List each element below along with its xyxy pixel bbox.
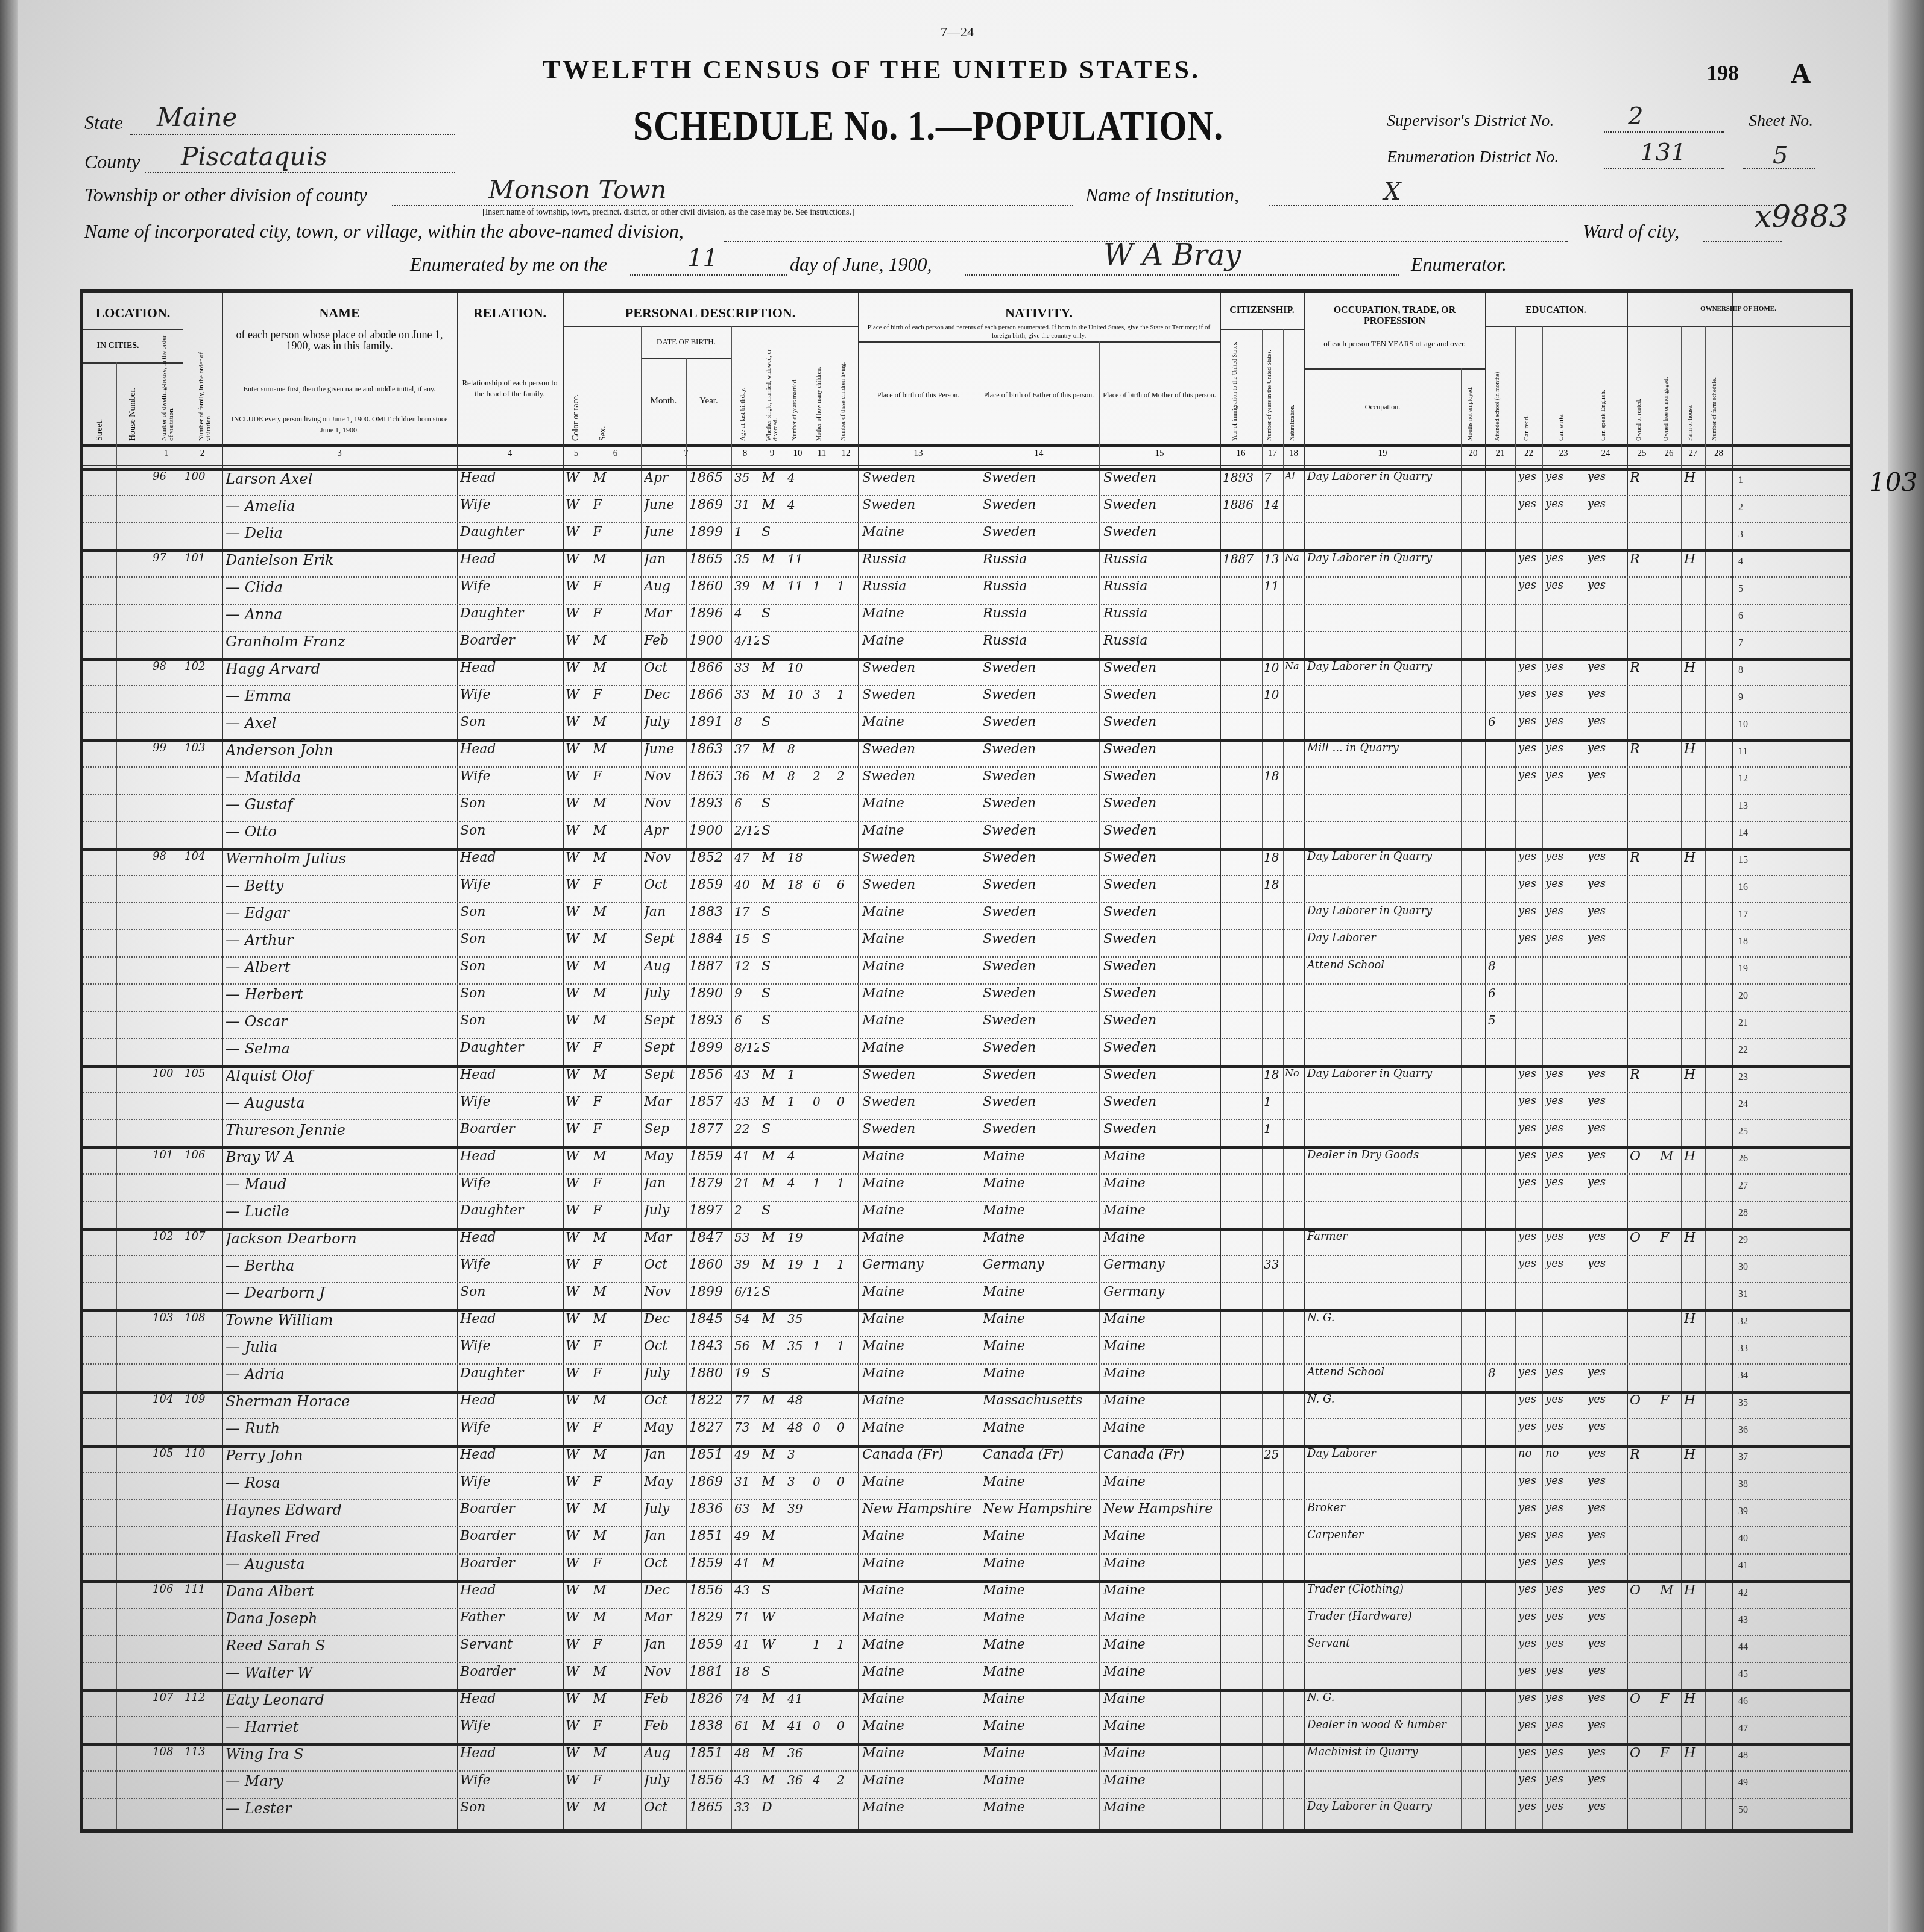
cell-age: 63	[734, 1501, 759, 1516]
cell-fh: H	[1684, 850, 1703, 865]
cell-sex: F	[593, 1556, 638, 1571]
cell-rel: Wife	[460, 579, 560, 594]
cell-pob: Maine	[862, 823, 977, 838]
cell-age: 40	[734, 877, 759, 892]
line-number: 10	[1738, 719, 1748, 730]
cell-year: 1899	[689, 1284, 731, 1299]
cell-ym: 4	[787, 470, 809, 485]
cell-write: yes	[1545, 1664, 1582, 1677]
cell-race: W	[566, 1230, 587, 1245]
cell-race: W	[566, 904, 587, 920]
group-ownership: OWNERSHIP OF HOME.	[1627, 305, 1850, 312]
township-value: Monson Town	[488, 175, 667, 204]
line-number: 7	[1738, 638, 1743, 649]
incorporated-label: Name of incorporated city, town, or vill…	[84, 220, 684, 242]
cell-pob: Maine	[862, 1203, 977, 1218]
cell-read: yes	[1518, 552, 1541, 564]
cell-age: 8	[734, 715, 759, 729]
cell-race: W	[566, 1474, 587, 1489]
table-row: — EmmaWifeWFDec186633M1031SwedenSwedenSw…	[83, 685, 1850, 712]
cell-race: W	[566, 1691, 587, 1706]
table-row: — BerthaWifeWFOct186039M1911GermanyGerma…	[83, 1255, 1850, 1281]
line-number: 26	[1738, 1154, 1748, 1164]
cell-pob: Maine	[862, 1013, 977, 1028]
group-occupation: OCCUPATION, TRADE, OR PROFESSION	[1304, 305, 1485, 327]
cell-read: yes	[1518, 1176, 1541, 1189]
cell-month: Mar	[644, 1094, 686, 1110]
cell-name: — Mary	[226, 1773, 455, 1790]
township-label: Township or other division of county	[84, 184, 367, 206]
cell-sex: M	[593, 1529, 638, 1544]
cell-fam: 107	[185, 1230, 221, 1243]
cell-mch: 0	[813, 1719, 833, 1733]
line-number: 34	[1738, 1371, 1748, 1381]
cell-age: 36	[734, 769, 759, 783]
cell-fh: H	[1684, 1583, 1703, 1598]
cell-age: 6/12	[734, 1284, 759, 1299]
cell-name: — Axel	[226, 715, 455, 731]
cell-eng: yes	[1588, 1664, 1624, 1677]
cell-mch: 6	[813, 877, 833, 892]
cell-rel: Son	[460, 1013, 560, 1028]
cell-year: 1891	[689, 715, 731, 730]
cell-occ: Day Laborer in Quarry	[1307, 1067, 1458, 1080]
cell-mob: Russia	[1103, 606, 1218, 621]
cell-mob: Maine	[1103, 1312, 1218, 1327]
cell-own: R	[1630, 1447, 1654, 1462]
cell-rel: Head	[460, 660, 560, 675]
cell-fob: Germany	[983, 1257, 1097, 1272]
cell-year: 1860	[689, 1257, 731, 1272]
line-number: 29	[1738, 1235, 1748, 1246]
cell-name: — Herbert	[226, 986, 455, 1003]
line-number: 28	[1738, 1208, 1748, 1219]
cell-mar: S	[762, 959, 786, 974]
cell-own: O	[1630, 1230, 1654, 1245]
cell-rel: Head	[460, 1149, 560, 1164]
cell-eng: yes	[1588, 1773, 1624, 1785]
cell-mch: 4	[813, 1773, 833, 1787]
cell-nat: No	[1285, 1067, 1303, 1079]
cell-mob: Sweden	[1103, 1094, 1218, 1110]
cell-mob: Canada (Fr)	[1103, 1447, 1218, 1462]
cell-dw: 97	[153, 552, 183, 564]
cell-read: yes	[1518, 1393, 1541, 1406]
cell-eng: yes	[1588, 470, 1624, 483]
col-children-living: Number of these children living.	[840, 335, 847, 441]
cell-name: — Maud	[226, 1176, 455, 1193]
cell-fob: Sweden	[983, 1067, 1097, 1082]
cell-race: W	[566, 877, 587, 892]
cell-fob: Sweden	[983, 687, 1097, 702]
cell-age: 9	[734, 986, 759, 1000]
cell-year: 1857	[689, 1094, 731, 1110]
table-row: — ClidaWifeWFAug186039M1111RussiaRussiaR…	[83, 576, 1850, 603]
cell-eng: yes	[1588, 1257, 1624, 1270]
cell-fob: Sweden	[983, 1122, 1097, 1137]
group-education: EDUCATION.	[1485, 305, 1627, 316]
line-number: 43	[1738, 1615, 1748, 1626]
cell-pob: New Hampshire	[862, 1501, 977, 1517]
cell-write: yes	[1545, 1257, 1582, 1270]
cell-year: 1866	[689, 687, 731, 702]
cell-ym: 48	[787, 1420, 809, 1435]
cell-mob: Maine	[1103, 1746, 1218, 1761]
table-row: — LesterSonWMOct186533DMaineMaineMaineDa…	[83, 1798, 1850, 1824]
cell-rel: Head	[460, 1393, 560, 1408]
cell-name: — Rosa	[226, 1474, 455, 1491]
cell-name: — Anna	[226, 606, 455, 623]
cell-read: yes	[1518, 932, 1541, 944]
table-row: — ArthurSonWMSept188415SMaineSwedenSwede…	[83, 929, 1850, 956]
cell-write: yes	[1545, 579, 1582, 592]
cell-fob: Sweden	[983, 769, 1097, 784]
cell-mob: Sweden	[1103, 850, 1218, 865]
cell-ym: 3	[787, 1447, 809, 1462]
cell-pob: Maine	[862, 606, 977, 621]
supervisor-value: 2	[1628, 103, 1643, 130]
cell-age: 22	[734, 1122, 759, 1136]
cell-year: 1856	[689, 1067, 731, 1082]
line-number: 30	[1738, 1262, 1748, 1273]
cell-fh: H	[1684, 1149, 1703, 1164]
cell-fh: H	[1684, 660, 1703, 675]
cell-occ: Day Laborer in Quarry	[1307, 1800, 1458, 1813]
cell-name: Sherman Horace	[226, 1393, 455, 1410]
cell-name: — Albert	[226, 959, 455, 976]
cell-month: May	[644, 1149, 686, 1164]
col-naturalization: Naturalization.	[1289, 347, 1296, 441]
cell-rel: Wife	[460, 1339, 560, 1354]
cell-pob: Maine	[862, 1719, 977, 1734]
cell-write: yes	[1545, 1637, 1582, 1650]
cell-fam: 100	[185, 470, 221, 483]
cell-eng: yes	[1588, 1474, 1624, 1487]
scan-edge-right	[1888, 0, 1924, 1932]
cell-rel: Boarder	[460, 1664, 560, 1679]
cell-sex: F	[593, 525, 638, 540]
colnum-27: 27	[1681, 449, 1705, 459]
cell-year: 1843	[689, 1339, 731, 1354]
cell-pob: Maine	[862, 1664, 977, 1679]
cell-fob: Maine	[983, 1474, 1097, 1489]
cell-fh: H	[1684, 1447, 1703, 1462]
cell-pob: Sweden	[862, 769, 977, 784]
colnum-15: 15	[1099, 449, 1220, 459]
cell-read: yes	[1518, 1746, 1541, 1758]
cell-rel: Son	[460, 904, 560, 920]
cell-mar: M	[762, 1447, 786, 1462]
cell-fh: H	[1684, 470, 1703, 485]
cell-sex: M	[593, 1149, 638, 1164]
table-row: — Dearborn JSonWMNov18996/12SMaineMaineG…	[83, 1282, 1850, 1309]
cell-sex: F	[593, 1474, 638, 1489]
cell-pob: Sweden	[862, 877, 977, 892]
cell-name: — Edgar	[226, 904, 455, 921]
cell-race: W	[566, 579, 587, 594]
cell-sex: M	[593, 1664, 638, 1679]
cell-eng: yes	[1588, 877, 1624, 890]
cell-fob: Sweden	[983, 660, 1097, 675]
cell-read: yes	[1518, 1149, 1541, 1161]
cell-sch: 6	[1488, 986, 1513, 1000]
cell-occ: Dealer in wood & lumber	[1307, 1719, 1458, 1731]
cell-rel: Servant	[460, 1637, 560, 1652]
cell-fam: 110	[185, 1447, 221, 1460]
cell-mob: Maine	[1103, 1203, 1218, 1218]
cell-own: R	[1630, 742, 1654, 757]
cell-eng: yes	[1588, 1366, 1624, 1378]
cell-write: yes	[1545, 497, 1582, 510]
cell-month: Oct	[644, 1800, 686, 1815]
cell-name: Danielson Erik	[226, 552, 455, 569]
cell-mar: M	[762, 1094, 786, 1110]
cell-fob: Maine	[983, 1203, 1097, 1218]
cell-chl: 1	[837, 1339, 857, 1353]
cell-name: Haskell Fred	[226, 1529, 455, 1545]
cell-read: yes	[1518, 1122, 1541, 1134]
cell-age: 8/12	[734, 1040, 759, 1055]
colnum-13: 13	[858, 449, 979, 459]
cell-race: W	[566, 742, 587, 757]
col-color: Color or race.	[572, 371, 581, 441]
table-row: — EdgarSonWMJan188317SMaineSwedenSwedenD…	[83, 902, 1850, 929]
cell-month: May	[644, 1474, 686, 1489]
cell-fob: Sweden	[983, 497, 1097, 513]
sheet-value: 5	[1773, 142, 1788, 169]
cell-pob: Maine	[862, 1746, 977, 1761]
cell-ym: 4	[787, 1149, 809, 1163]
cell-pob: Maine	[862, 932, 977, 947]
cell-occ: Farmer	[1307, 1230, 1458, 1243]
cell-year: 1887	[689, 959, 731, 974]
line-number: 4	[1738, 557, 1743, 567]
cell-mar: S	[762, 1013, 786, 1028]
cell-mob: Maine	[1103, 1366, 1218, 1381]
cell-read: yes	[1518, 1691, 1541, 1704]
cell-read: yes	[1518, 850, 1541, 863]
cell-month: Oct	[644, 1393, 686, 1408]
cell-mob: Maine	[1103, 1773, 1218, 1788]
name-desc: of each person whose place of abode on J…	[228, 329, 451, 351]
cell-name: — Betty	[226, 877, 455, 894]
cell-pob: Maine	[862, 1800, 977, 1815]
cell-write: yes	[1545, 877, 1582, 890]
cell-write: yes	[1545, 1610, 1582, 1623]
cell-write: yes	[1545, 904, 1582, 917]
cell-year: 1863	[689, 769, 731, 784]
cell-name: Wing Ira S	[226, 1746, 455, 1763]
cell-eng: yes	[1588, 1447, 1624, 1460]
cell-pob: Maine	[862, 1366, 977, 1381]
cell-ym: 36	[787, 1773, 809, 1787]
cell-pob: Sweden	[862, 1067, 977, 1082]
cell-read: yes	[1518, 1094, 1541, 1107]
cell-mob: Sweden	[1103, 1122, 1218, 1137]
cell-write: yes	[1545, 1529, 1582, 1541]
cell-rel: Boarder	[460, 1529, 560, 1544]
cell-fob: Sweden	[983, 470, 1097, 485]
cell-mar: M	[762, 1312, 786, 1327]
cell-fm: F	[1660, 1393, 1679, 1408]
cell-mar: M	[762, 1067, 786, 1082]
line-number: 1	[1738, 475, 1743, 486]
cell-mar: M	[762, 877, 786, 892]
cell-own: R	[1630, 552, 1654, 567]
cell-nat: Al	[1285, 470, 1303, 482]
colnum-18: 18	[1283, 449, 1304, 459]
cell-race: W	[566, 552, 587, 567]
cell-mch: 1	[813, 579, 833, 593]
cell-rel: Wife	[460, 687, 560, 702]
cell-write: yes	[1545, 1230, 1582, 1243]
cell-race: W	[566, 1040, 587, 1055]
cell-race: W	[566, 986, 587, 1001]
line-number: 22	[1738, 1045, 1748, 1056]
cell-mar: M	[762, 579, 786, 594]
cell-race: W	[566, 1773, 587, 1788]
cell-mob: Maine	[1103, 1474, 1218, 1489]
cell-fob: Maine	[983, 1664, 1097, 1679]
cell-sex: F	[593, 1094, 638, 1110]
cell-fob: Maine	[983, 1420, 1097, 1435]
cell-own: R	[1630, 1067, 1654, 1082]
table-row: 98102Hagg ArvardHeadWMOct186633M10Sweden…	[83, 658, 1850, 684]
cell-age: 6	[734, 796, 759, 810]
line-number: 45	[1738, 1669, 1748, 1680]
cell-sex: M	[593, 986, 638, 1001]
cell-year: 1829	[689, 1610, 731, 1625]
cell-race: W	[566, 606, 587, 621]
cell-sex: F	[593, 1719, 638, 1734]
cell-fam: 108	[185, 1312, 221, 1324]
cell-sex: M	[593, 959, 638, 974]
cell-read: yes	[1518, 769, 1541, 781]
cell-pob: Sweden	[862, 742, 977, 757]
cell-rel: Wife	[460, 1094, 560, 1110]
cell-mob: Sweden	[1103, 932, 1218, 947]
enumerated-suffix: day of June, 1900,	[790, 253, 932, 276]
line-number: 18	[1738, 936, 1748, 947]
cell-write: yes	[1545, 470, 1582, 483]
cell-mar: S	[762, 823, 786, 838]
cell-race: W	[566, 1176, 587, 1191]
cell-mar: M	[762, 1474, 786, 1489]
line-number: 13	[1738, 801, 1748, 812]
cell-month: Oct	[644, 1556, 686, 1571]
cell-ym: 1	[787, 1067, 809, 1082]
cell-year: 1884	[689, 932, 731, 947]
table-row: — MatildaWifeWFNov186336M822SwedenSweden…	[83, 766, 1850, 793]
cell-sex: M	[593, 715, 638, 730]
cell-occ: Day Laborer	[1307, 1447, 1458, 1460]
cell-fob: Sweden	[983, 525, 1097, 540]
cell-read: yes	[1518, 1366, 1541, 1378]
table-row: — AnnaDaughterWFMar18964SMaineRussiaRuss…	[83, 604, 1850, 630]
cell-year: 1851	[689, 1447, 731, 1462]
cell-mar: M	[762, 1556, 786, 1571]
cell-mar: M	[762, 1501, 786, 1517]
cell-read: yes	[1518, 1067, 1541, 1080]
cell-name: Dana Albert	[226, 1583, 455, 1600]
cell-mar: W	[762, 1637, 786, 1652]
table-row: Reed Sarah SServantWFJan185941W11MaineMa…	[83, 1635, 1850, 1661]
cell-sex: M	[593, 742, 638, 757]
cell-race: W	[566, 687, 587, 702]
cell-occ: Carpenter	[1307, 1529, 1458, 1541]
cell-ym: 4	[787, 497, 809, 512]
cell-ym: 19	[787, 1257, 809, 1272]
name-note-1: Enter surname first, then the given name…	[228, 384, 451, 394]
table-row: — AmeliaWifeWFJune186931M4SwedenSwedenSw…	[83, 495, 1850, 522]
table-row: — BettyWifeWFOct185940M1866SwedenSwedenS…	[83, 875, 1850, 901]
cell-name: — Walter W	[226, 1664, 455, 1681]
line-number: 48	[1738, 1750, 1748, 1761]
cell-month: June	[644, 742, 686, 757]
cell-fob: Maine	[983, 1529, 1097, 1544]
cell-read: yes	[1518, 1773, 1541, 1785]
cell-mob: Sweden	[1103, 715, 1218, 730]
cell-year: 1838	[689, 1719, 731, 1734]
cell-month: Oct	[644, 1257, 686, 1272]
cell-fob: Maine	[983, 1610, 1097, 1625]
cell-chl: 0	[837, 1420, 857, 1435]
cell-race: W	[566, 1583, 587, 1598]
cell-mob: Maine	[1103, 1420, 1218, 1435]
col-marital: Whether single, married, widowed, or div…	[766, 335, 779, 441]
cell-month: Nov	[644, 850, 686, 865]
colnum-2: 2	[183, 449, 222, 459]
cell-rel: Wife	[460, 497, 560, 513]
cell-pob: Maine	[862, 1773, 977, 1788]
cell-name: — Delia	[226, 525, 455, 541]
cell-read: yes	[1518, 742, 1541, 754]
table-row: — AugustaBoarderWFOct185941MMaineMaineMa…	[83, 1553, 1850, 1580]
table-row: 104109Sherman HoraceHeadWMOct182277M48Ma…	[83, 1391, 1850, 1417]
cell-sex: M	[593, 1312, 638, 1327]
cell-mch: 1	[813, 1176, 833, 1190]
cell-mob: Maine	[1103, 1230, 1218, 1245]
cell-pob: Russia	[862, 579, 977, 594]
cell-ym: 4	[787, 1176, 809, 1190]
cell-mob: Maine	[1103, 1664, 1218, 1679]
page-number: 198	[1706, 60, 1739, 86]
cell-name: — Oscar	[226, 1013, 455, 1030]
cell-eng: yes	[1588, 1610, 1624, 1623]
cell-name: Wernholm Julius	[226, 850, 455, 867]
cell-rel: Head	[460, 850, 560, 865]
cell-ym: 19	[787, 1230, 809, 1245]
cell-mar: M	[762, 470, 786, 485]
cell-read: yes	[1518, 1474, 1541, 1487]
cell-rel: Head	[460, 1447, 560, 1462]
line-number: 9	[1738, 692, 1743, 703]
cell-mob: Maine	[1103, 1149, 1218, 1164]
cell-sex: M	[593, 1583, 638, 1598]
cell-month: July	[644, 1366, 686, 1381]
cell-year: 1859	[689, 877, 731, 892]
cell-month: Dec	[644, 1583, 686, 1598]
cell-mob: Sweden	[1103, 1040, 1218, 1055]
cell-pob: Maine	[862, 1284, 977, 1299]
cell-fob: Maine	[983, 1284, 1097, 1299]
cell-year: 1893	[689, 796, 731, 811]
enumerated-day: 11	[687, 244, 718, 272]
cell-rel: Head	[460, 1312, 560, 1327]
table-row: Granholm FranzBoarderWMFeb19004/12SMaine…	[83, 631, 1850, 657]
cell-sex: M	[593, 1800, 638, 1815]
cell-pob: Maine	[862, 1040, 977, 1055]
